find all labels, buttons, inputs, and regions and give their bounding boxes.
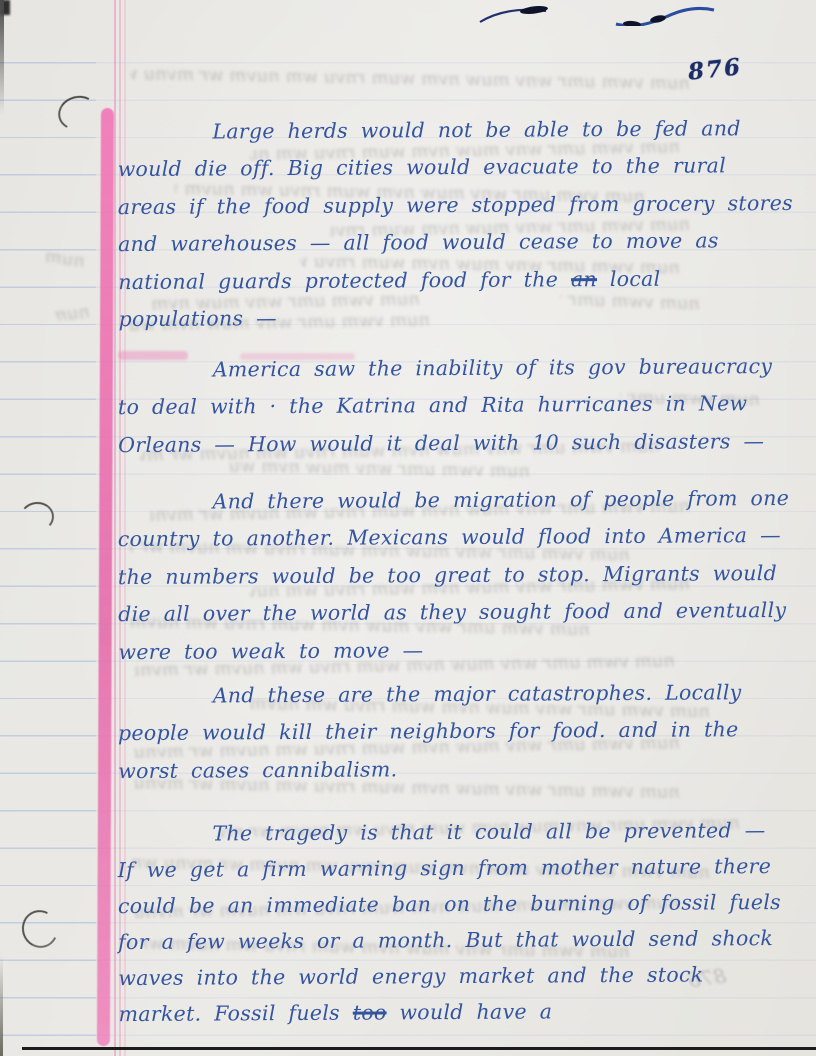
handwritten-paragraph: Large herds would not be able to be fed …: [117, 110, 794, 339]
struck-out-word: an: [571, 267, 597, 291]
handwritten-paragraph: America saw the inability of its gov bur…: [118, 348, 795, 464]
handwriting-segment: And these are the major catastrophes. Lo…: [118, 680, 742, 783]
handwriting-segment: Large herds would not be able to be fed …: [118, 116, 793, 293]
handwriting-segment: would have a: [387, 999, 553, 1024]
handwriting-segment: And there would be migration of people f…: [118, 486, 789, 664]
handwritten-paragraph: And there would be migration of people f…: [117, 480, 794, 671]
scan-edge-line: [22, 1047, 816, 1050]
scan-edge-shadow: [0, 0, 4, 115]
handwriting-segment: The tragedy is that it could all be prev…: [118, 818, 781, 1026]
handwritten-paragraph: And these are the major catastrophes. Lo…: [118, 674, 795, 790]
scanned-page: num vwm umr wnv muw nvm wum rnvu wm nuvm…: [0, 0, 816, 1056]
scan-edge-shadow: [0, 955, 3, 1056]
handwriting-segment: America saw the inability of its gov bur…: [118, 354, 772, 457]
handwritten-paragraph: The tragedy is that it could all be prev…: [117, 812, 794, 1032]
page-number: 876: [687, 53, 744, 85]
cutoff-ink-strokes: [468, 0, 718, 26]
struck-out-word: too: [353, 1000, 387, 1024]
handwritten-text-block: Large herds would not be able to be fed …: [0, 0, 816, 1056]
